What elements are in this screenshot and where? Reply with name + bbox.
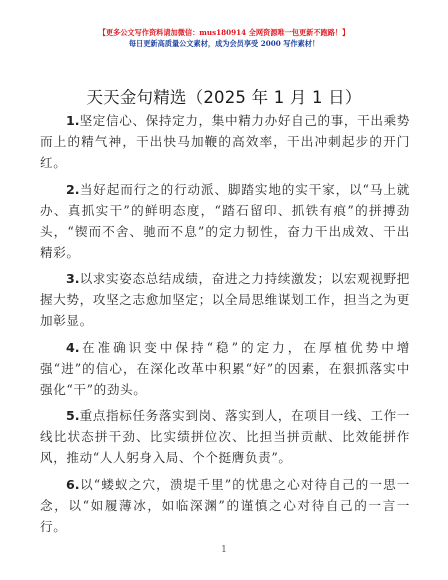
page-number: 1: [0, 545, 448, 555]
paragraph-1: 1.坚定信心、保持定力，集中精力办好自己的事，干出乘势而上的精气神，干出快马加鞭…: [40, 110, 410, 173]
paragraph-text: 当好起而行之的行动派、脚踏实地的实干家，以“马上就办、真抓实干”的鲜明态度，“踏…: [40, 182, 410, 260]
paragraph-text: 坚定信心、保持定力，集中精力办好自己的事，干出乘势而上的精气神，干出快马加鞭的高…: [40, 113, 410, 170]
paragraph-number: 3.: [66, 271, 80, 286]
paragraph-5: 5.重点指标任务落实到岗、落实到人，在项目一线、工作一线比状态拼干劲、比实绩拼位…: [40, 405, 410, 468]
paragraph-3: 3.以求实姿态总结成绩，奋进之力持续激发；以宏观视野把握大势，攻坚之志愈加坚定；…: [40, 268, 410, 331]
paragraph-number: 4.: [66, 340, 80, 355]
document-body: 1.坚定信心、保持定力，集中精力办好自己的事，干出乘势而上的精气神，干出快马加鞭…: [40, 110, 410, 542]
paragraph-number: 2.: [66, 182, 80, 197]
paragraph-text: 在准确识变中保持“稳”的定力，在厚植优势中增强“进”的信心，在深化改革中积累“好…: [40, 340, 410, 397]
paragraph-number: 6.: [66, 477, 80, 492]
promo-header: 【更多公文写作资料请加微信：mus180914 全网资源唯一包更新不跑路！】 每…: [0, 27, 448, 49]
paragraph-6: 6.以“蝼蚁之穴，溃堤千里”的忧患之心对待自己的一思一念，以“如履薄冰，如临深渊…: [40, 474, 410, 537]
document-title: 天天金句精选（2025 年 1 月 1 日）: [0, 84, 448, 108]
paragraph-text: 以求实姿态总结成绩，奋进之力持续激发；以宏观视野把握大势，攻坚之志愈加坚定；以全…: [40, 271, 410, 328]
promo-line-blue: 每日更新高质量公文素材，成为会员享受 2000 写作素材！: [0, 38, 448, 49]
promo-line-red: 【更多公文写作资料请加微信：mus180914 全网资源唯一包更新不跑路！】: [0, 27, 448, 38]
paragraph-4: 4.在准确识变中保持“稳”的定力，在厚植优势中增强“进”的信心，在深化改革中积累…: [40, 337, 410, 400]
paragraph-number: 1.: [66, 113, 80, 128]
paragraph-text: 以“蝼蚁之穴，溃堤千里”的忧患之心对待自己的一思一念，以“如履薄冰，如临深渊”的…: [40, 477, 410, 534]
paragraph-number: 5.: [66, 408, 80, 423]
paragraph-text: 重点指标任务落实到岗、落实到人，在项目一线、工作一线比状态拼干劲、比实绩拼位次、…: [40, 408, 410, 465]
paragraph-2: 2.当好起而行之的行动派、脚踏实地的实干家，以“马上就办、真抓实干”的鲜明态度，…: [40, 179, 410, 263]
